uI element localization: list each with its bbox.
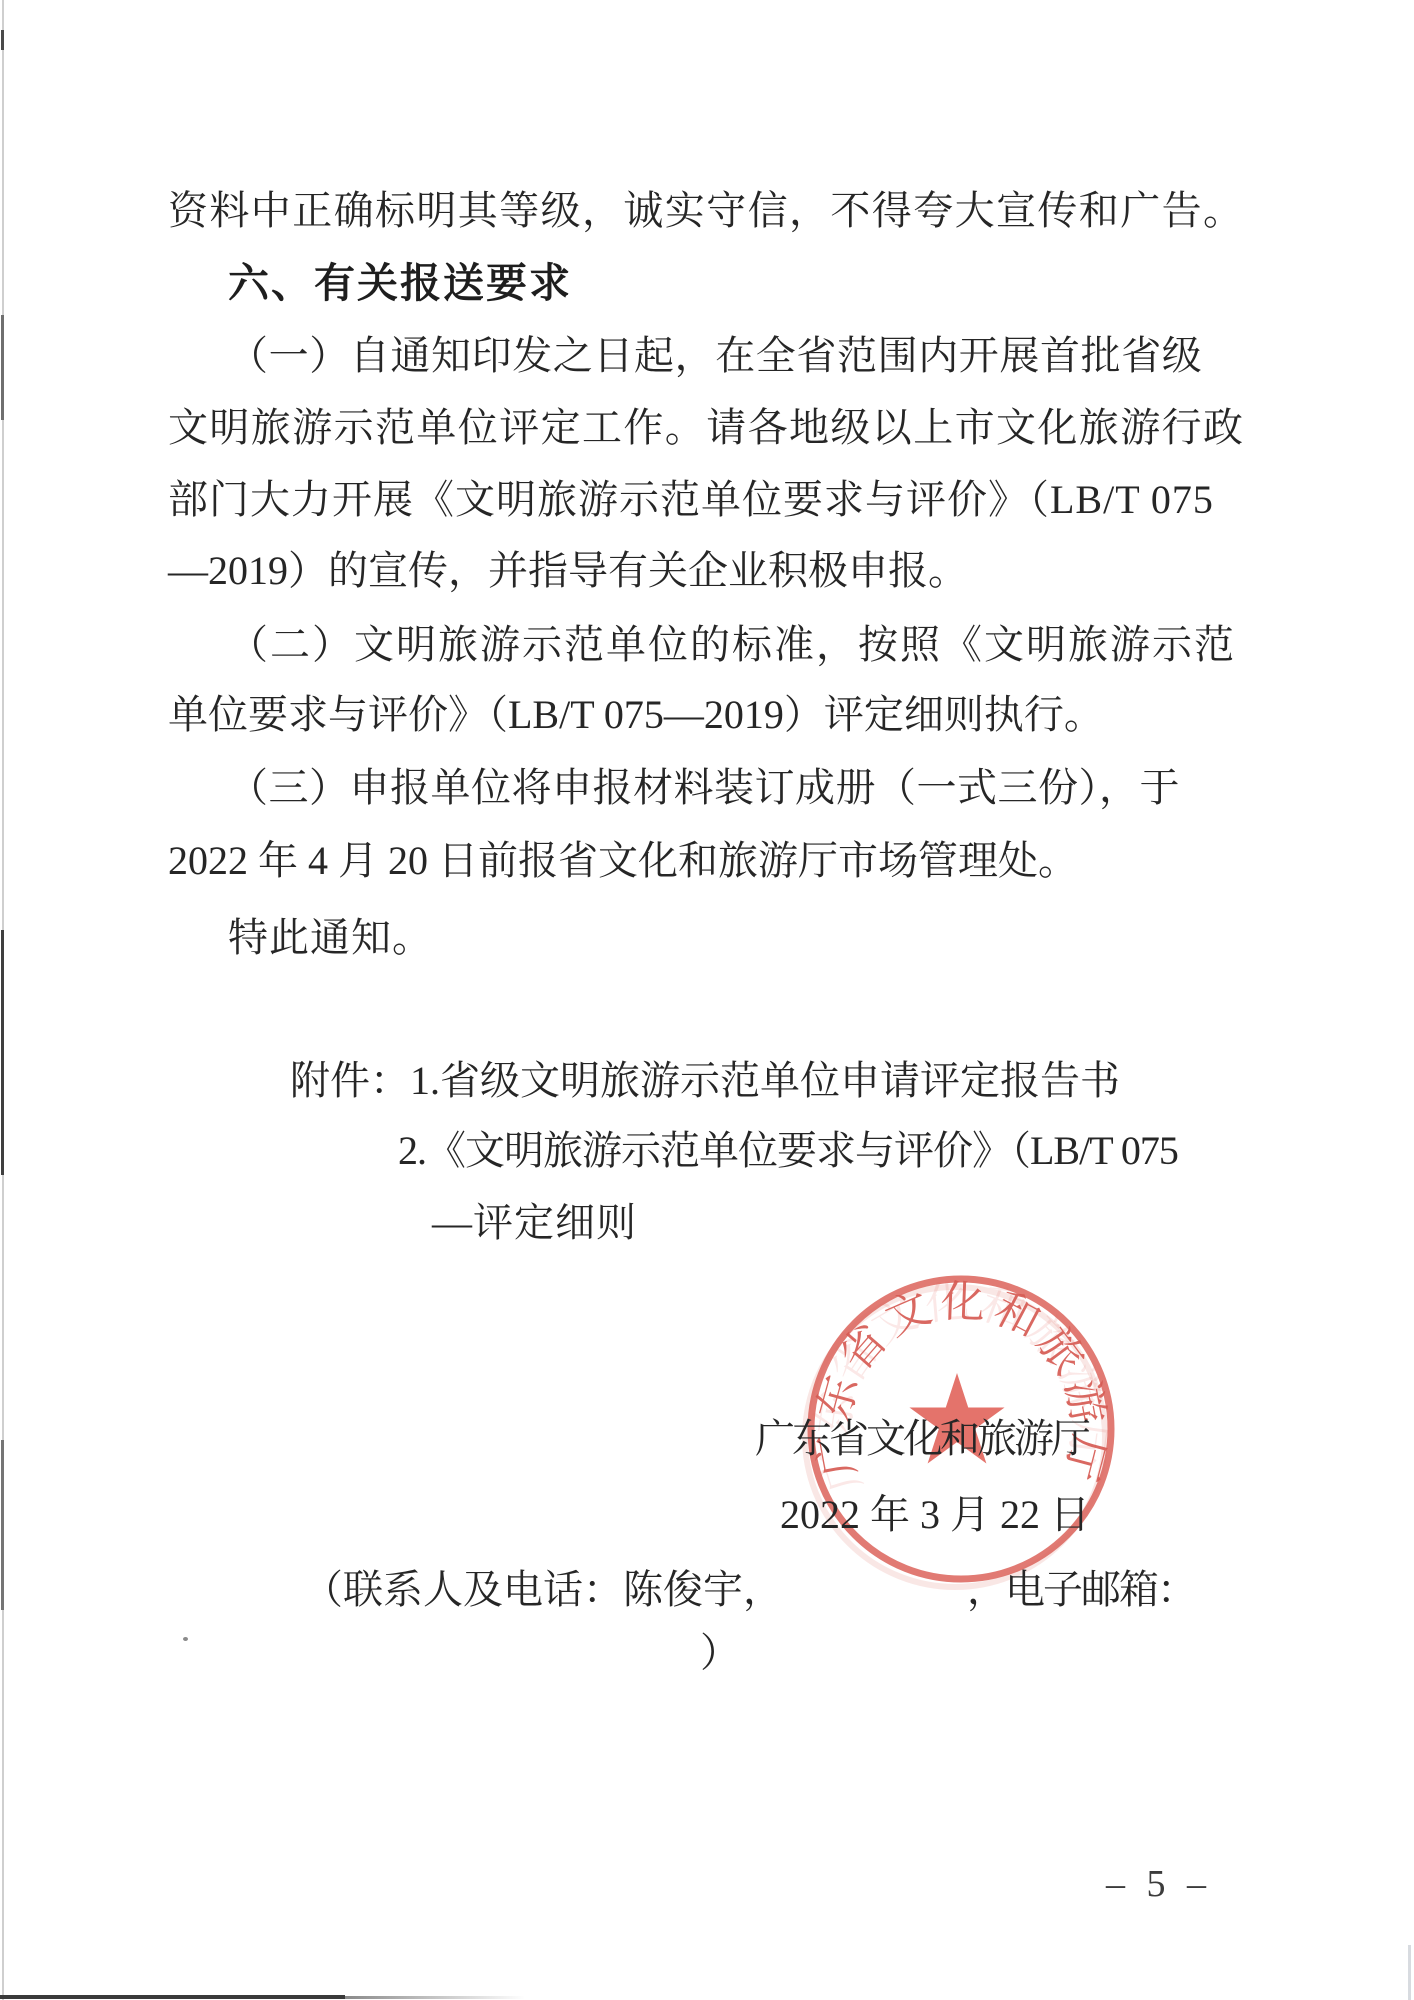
scan-left-edge-mark: [1, 30, 4, 50]
scan-bottom-edge-artifact-fade: [345, 1996, 525, 1999]
issuing-org: 广东省文化和旅游厅: [755, 1416, 1088, 1462]
body-line: 2022 年 4 月 20 日前报省文化和旅游厅市场管理处。: [168, 838, 1078, 884]
scan-left-edge-mark: [1, 315, 4, 420]
body-line: （三）申报单位将申报材料装订成册（一式三份），于: [228, 765, 1180, 811]
body-line: （二）文明旅游示范单位的标准，按照《文明旅游示范: [228, 622, 1236, 668]
body-line: 资料中正确标明其等级，诚实守信，不得夸大宣传和广告。: [168, 188, 1244, 234]
attachment-item-2-continuation: —评定细则: [432, 1200, 637, 1246]
contact-info-email-label: ，电子邮箱：: [967, 1567, 1195, 1613]
scanned-document-page: 资料中正确标明其等级，诚实守信，不得夸大宣传和广告。 六、有关报送要求 （一）自…: [0, 0, 1414, 2000]
attachment-list-line: 附件：1.省级文明旅游示范单位申请评定报告书: [290, 1058, 1120, 1104]
body-line: 部门大力开展《文明旅游示范单位要求与评价》（LB/T 075: [168, 477, 1214, 523]
page-number: – 5 –: [1106, 1862, 1212, 1906]
contact-info-close-paren: ）: [700, 1630, 741, 1676]
contact-info-left: （联系人及电话：陈俊宇，: [303, 1567, 783, 1613]
body-line: 文明旅游示范单位评定工作。请各地级以上市文化旅游行政: [168, 405, 1244, 451]
attachment-item-2: 2.《文明旅游示范单位要求与评价》（LB/T 075: [398, 1128, 1178, 1174]
issue-date: 2022 年 3 月 22 日: [780, 1492, 1090, 1538]
scan-left-edge-mark: [1, 930, 4, 1175]
body-line: —2019）的宣传，并指导有关企业积极申报。: [168, 548, 968, 594]
scan-left-edge-mark: [1, 1440, 4, 1610]
scan-bottom-edge-artifact: [0, 1995, 345, 1999]
body-line: 单位要求与评价》（LB/T 075—2019）评定细则执行。: [168, 692, 1104, 738]
body-line: 特此通知。: [228, 915, 433, 961]
scan-right-edge-artifact: [1408, 1945, 1411, 2000]
scan-speck: [183, 1637, 188, 1641]
section-heading: 六、有关报送要求: [228, 260, 572, 307]
body-line: （一）自通知印发之日起，在全省范围内开展首批省级: [228, 333, 1202, 379]
